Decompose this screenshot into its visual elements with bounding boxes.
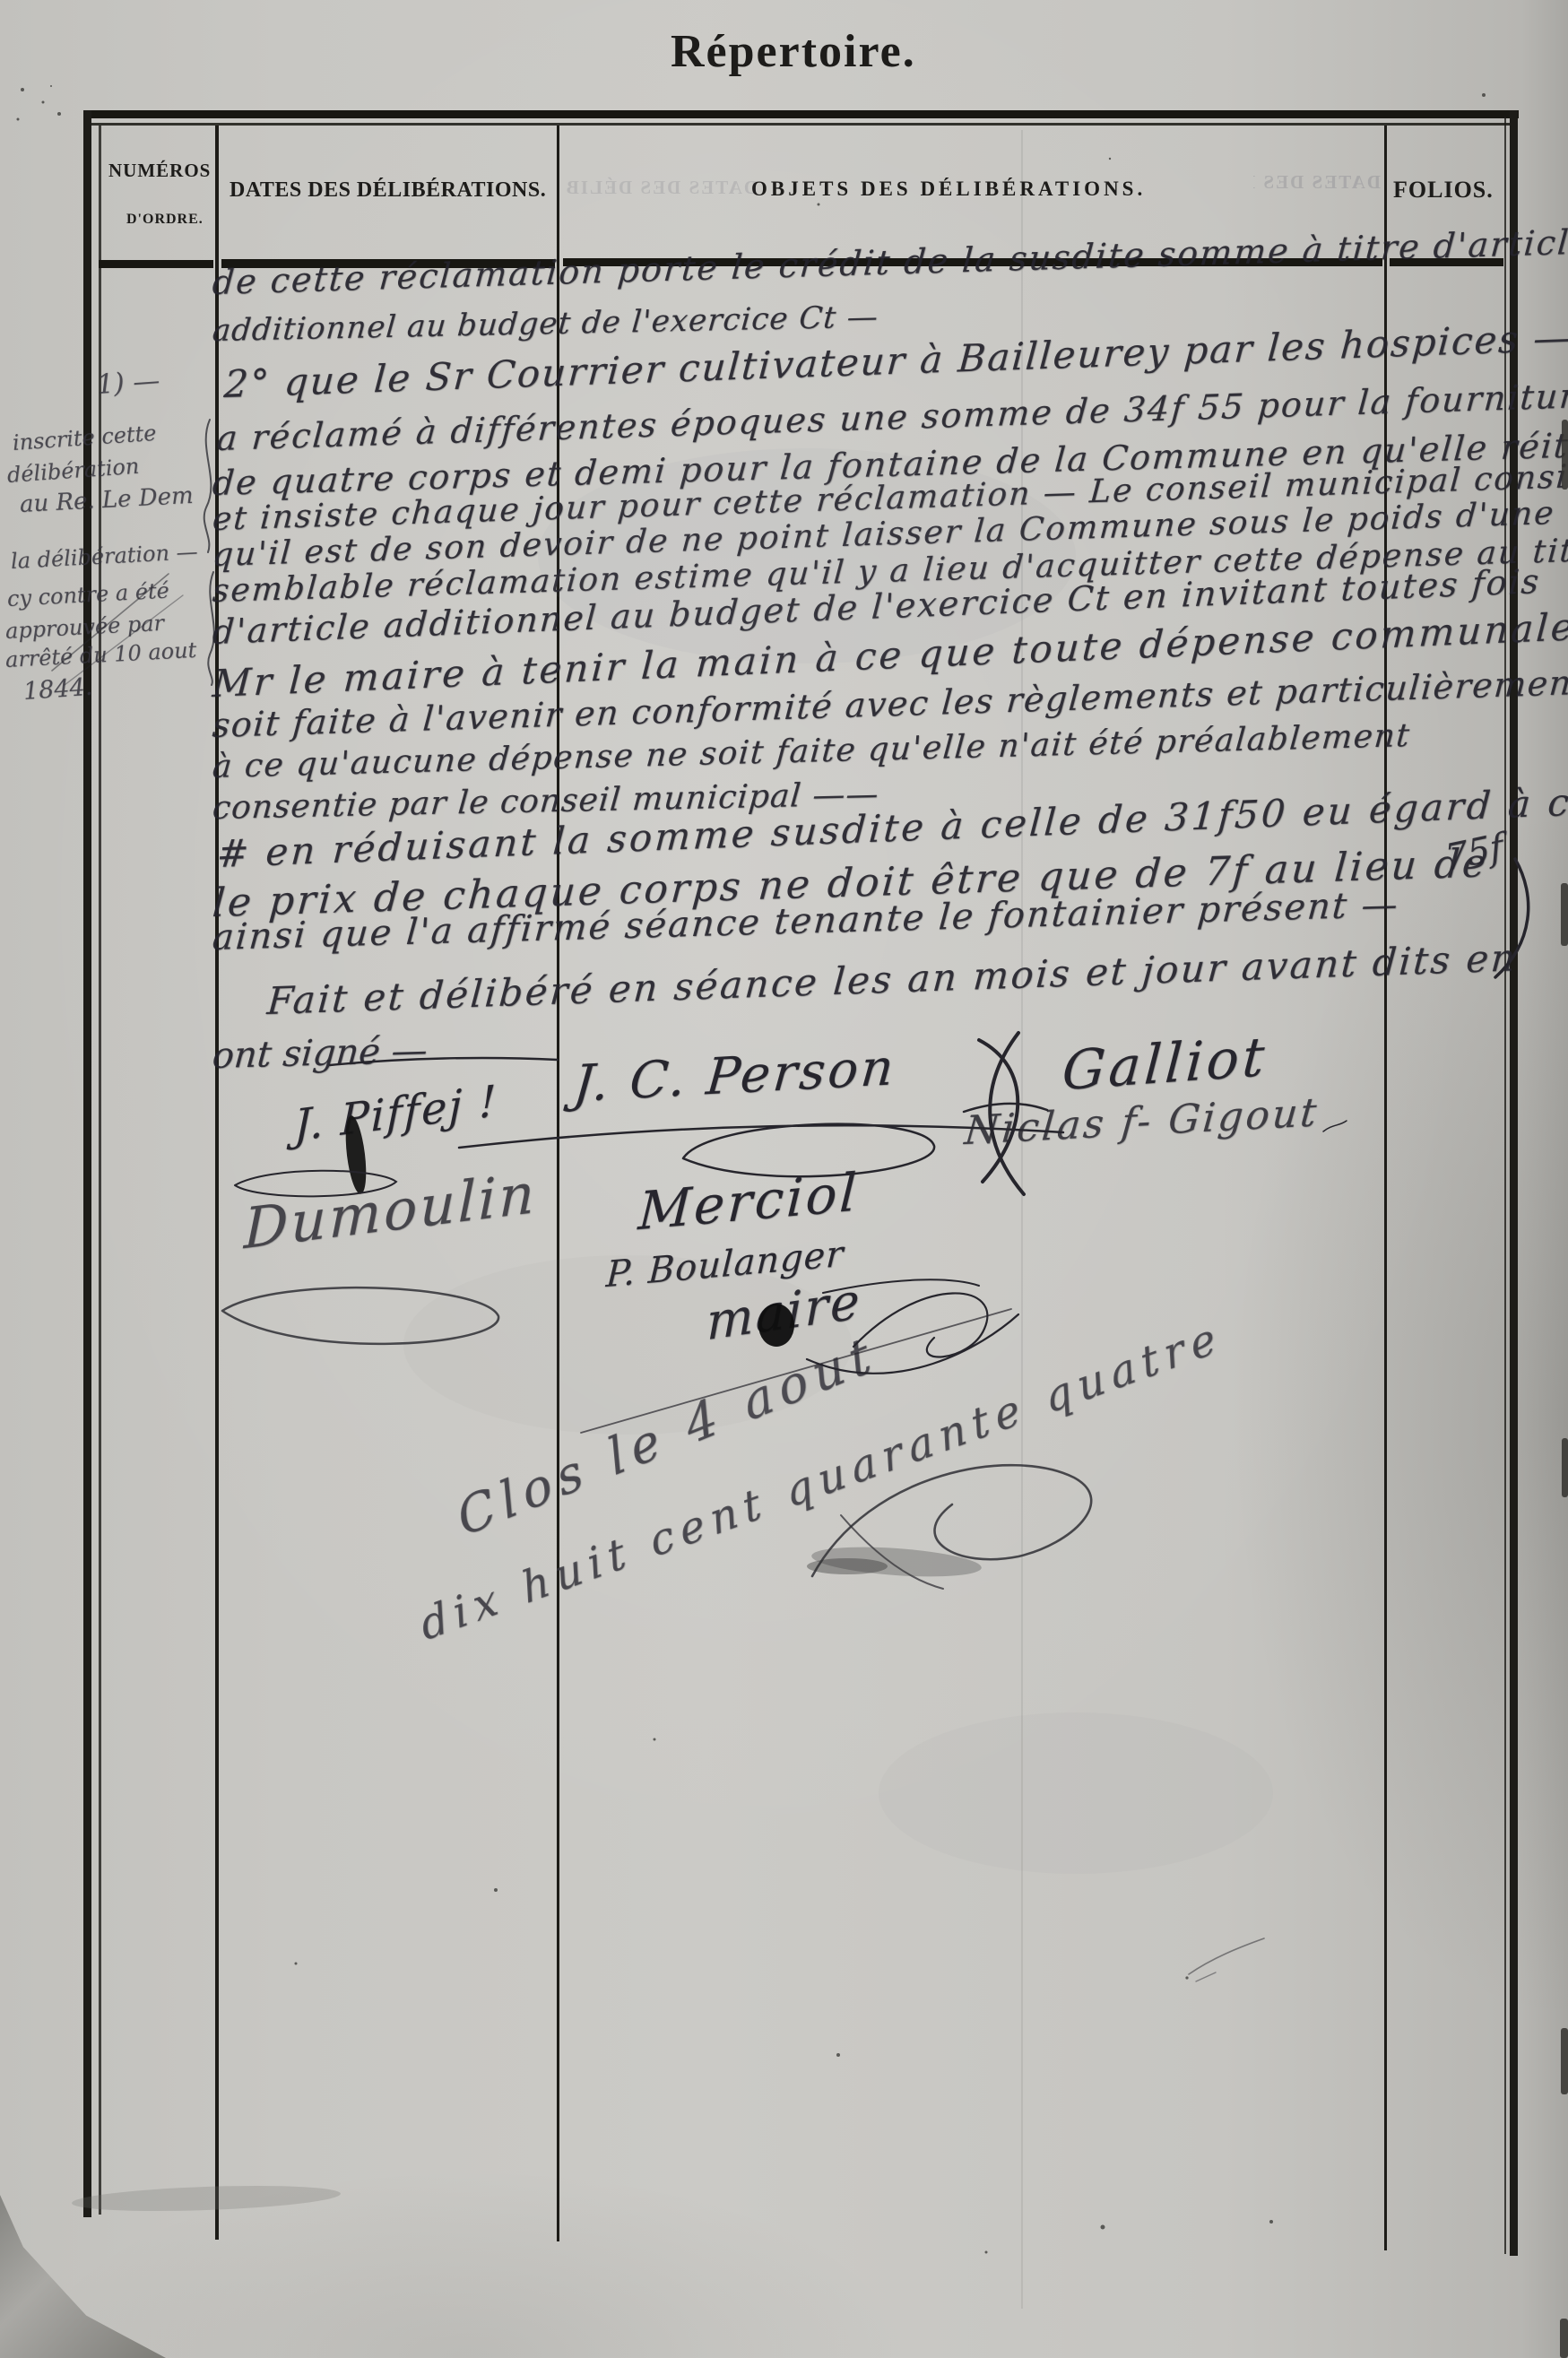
person-loop (683, 1124, 934, 1176)
ink-flourishes-overlay (0, 0, 1568, 2358)
margin-stroke (52, 574, 169, 671)
gigout-tail (1323, 1121, 1347, 1131)
scanned-register-page: Répertoire. NUMÉROS D'ORDRE. DATES DES D… (0, 0, 1568, 2358)
ont-signe-dash (330, 1058, 558, 1065)
boulanger-tail (823, 1279, 979, 1293)
ink-smudge (807, 1558, 888, 1574)
ink-smudge (72, 2182, 342, 2215)
pencil-squiggle (1189, 1938, 1264, 1974)
bleedthrough-haze (538, 448, 1076, 663)
margin-stroke (65, 595, 183, 685)
folios-paren (1495, 859, 1529, 977)
ink-specks (17, 85, 1486, 2254)
piffej-oval (235, 1171, 396, 1197)
person-paraph (964, 1104, 1047, 1112)
maire-ink-blot (758, 1304, 794, 1347)
bleedthrough-haze (403, 1255, 852, 1435)
bleedthrough-haze (879, 1712, 1273, 1874)
margin-brace (208, 572, 214, 685)
piffej-ink-blot (342, 1114, 370, 1195)
person-paraph (979, 1040, 1018, 1182)
margin-brace (204, 420, 212, 552)
maire-paraph (853, 1293, 987, 1357)
pencil-squiggle (1196, 1972, 1216, 1981)
